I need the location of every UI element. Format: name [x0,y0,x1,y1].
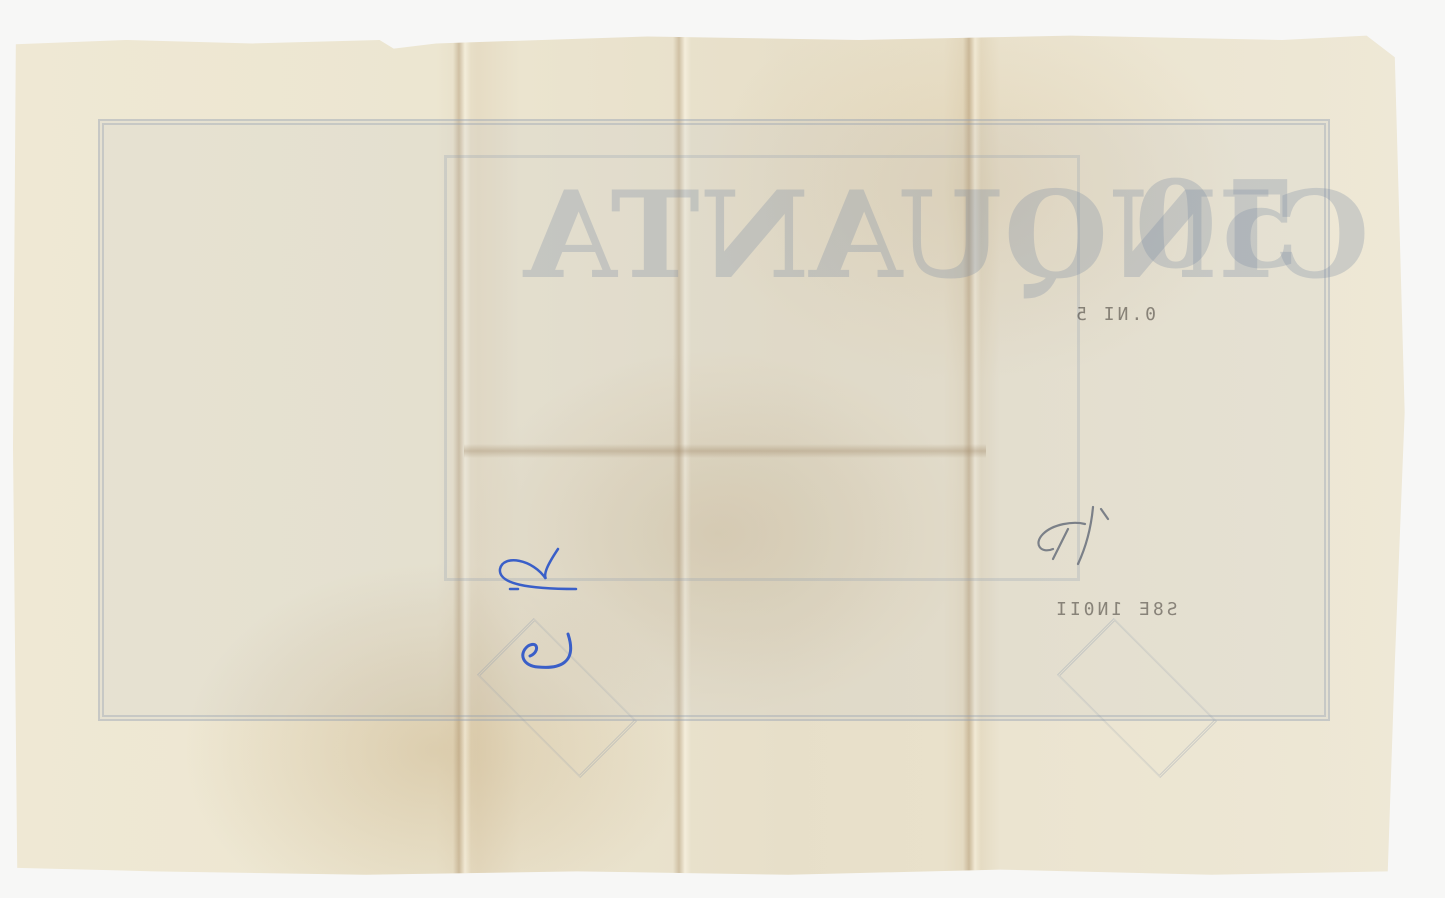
mirrored-denomination: 50 [1134,155,1301,296]
pencil-signature-icon [1023,499,1133,589]
mirrored-serial-upper: 0.NI 5 [1073,304,1156,325]
show-through-print-frame: CINQUANTA 50 [98,119,1330,721]
mirrored-serial-lower: S8E 1N0II [1053,599,1178,620]
banknote: CINQUANTA 50 0.NI 5 S8E 1N0II [13,14,1423,880]
blue-ink-handwriting-icon [488,534,588,674]
diamond-emblem-right [1057,618,1217,778]
